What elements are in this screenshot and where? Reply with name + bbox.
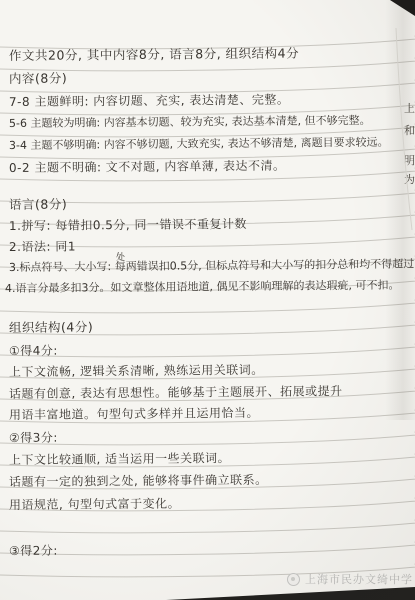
adjacent-page-edge [396, 28, 412, 230]
dark-photo-corner [390, 0, 415, 16]
photo-artifacts [0, 0, 415, 600]
table-edge-bar [166, 587, 415, 600]
notebook-page-photo: 作文共20分, 其中内容8分, 语言8分, 组织结构4分 内容(8分) 7-8 … [0, 0, 415, 600]
